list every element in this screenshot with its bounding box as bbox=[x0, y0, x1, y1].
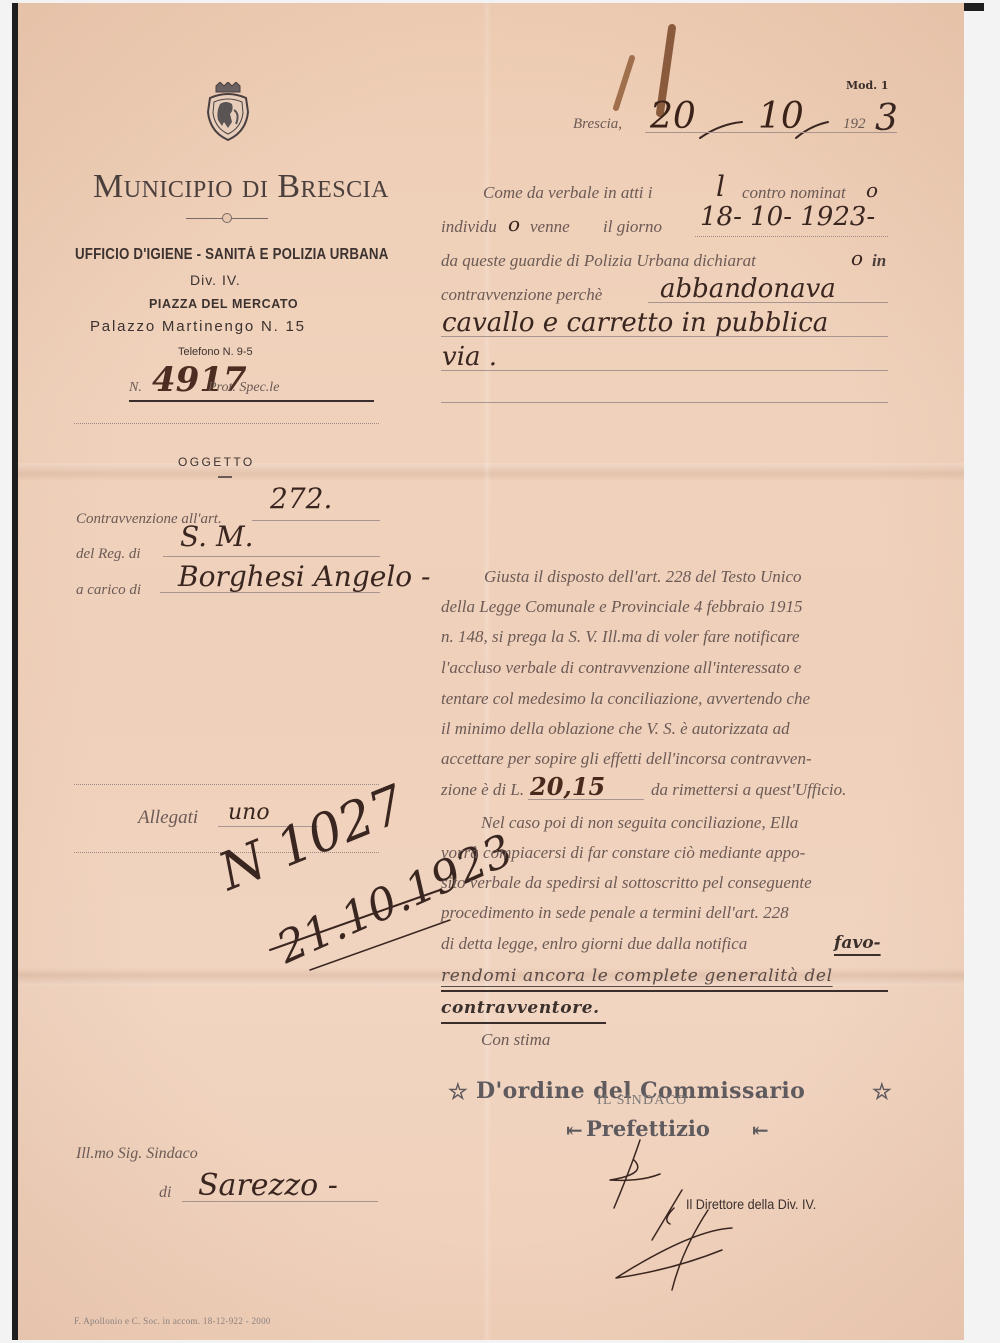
emphasis-underline-2 bbox=[441, 1022, 606, 1024]
instructions-line-4: l'accluso verbale di contravvenzione all… bbox=[441, 658, 801, 678]
emphasis-underline-1 bbox=[441, 990, 888, 992]
section-divider bbox=[74, 423, 379, 424]
regulation-line bbox=[163, 556, 380, 557]
regulation-value: S. M. bbox=[180, 520, 254, 553]
verbale-line-1b: contro nominat bbox=[742, 183, 846, 203]
stamp-arrow-right-icon: ⇤ bbox=[752, 1118, 769, 1142]
offense-reason-line-3: via . bbox=[442, 342, 497, 372]
instructions-line-8b: da rimettersi a quest'Ufficio. bbox=[651, 780, 846, 800]
registry-underline-stroke bbox=[270, 890, 450, 970]
instructions-line-5: tentare col medesimo la conciliazione, a… bbox=[441, 689, 810, 709]
crowned-lion-shield-icon bbox=[202, 82, 254, 142]
attachments-value: uno bbox=[228, 800, 270, 825]
protocol-prefix: N. bbox=[129, 380, 142, 396]
instructions-p2-line-5a: di detta legge, enlro giorni due dalla n… bbox=[441, 934, 747, 954]
subject-heading: OGGETTO bbox=[178, 455, 255, 469]
printed-sindaco-label: IL SINDACO bbox=[597, 1093, 687, 1109]
stamp-star-left-icon: ☆ bbox=[448, 1079, 468, 1105]
date-day: 20 bbox=[650, 96, 696, 137]
instructions-p2-line-2: vorrà compiacersi di far constare ciò me… bbox=[441, 843, 805, 863]
protocol-label: Prot. Spec.le bbox=[208, 380, 279, 396]
offense-reason-line-1: abbandonava bbox=[660, 274, 836, 304]
addressee-town-label: di bbox=[159, 1184, 171, 1202]
instructions-p2-line-1: Nel caso poi di non seguita conciliazion… bbox=[481, 813, 798, 833]
instructions-line-8a: zione è di L. bbox=[441, 780, 524, 800]
article-line bbox=[252, 520, 380, 521]
verbale-line-1-hand2: o bbox=[866, 178, 878, 202]
verbale-line-3-hand: o bbox=[851, 246, 863, 270]
address-square: PIAZZA DEL MERCATO bbox=[149, 297, 298, 311]
director-signature bbox=[612, 1190, 742, 1290]
printer-imprint: F. Apollonio e C. Soc. in accom. 18-12-9… bbox=[74, 1316, 271, 1326]
offense-reason-line-2: cavallo e carretto in pubblica bbox=[442, 308, 828, 338]
instructions-p2-line-3: sito verbale da spedirsi al sottoscritto… bbox=[441, 873, 812, 893]
subject-heading-dash bbox=[218, 476, 232, 478]
charged-person-name: Borghesi Angelo - bbox=[178, 560, 431, 593]
attachments-label: Allegati bbox=[138, 807, 198, 829]
stamp-arrow-left-icon: ⇤ bbox=[566, 1118, 583, 1142]
instructions-line-3: n. 148, si prega la S. V. Ill.ma di vole… bbox=[441, 627, 800, 647]
dateline-place: Brescia, bbox=[573, 116, 622, 133]
article-value: 272. bbox=[270, 482, 332, 515]
paper-fold-upper bbox=[18, 463, 964, 481]
verbale-line-2-hand: o bbox=[508, 212, 520, 236]
reason-line-2 bbox=[441, 336, 888, 337]
instructions-line-6: il minimo della oblazione che V. S. è au… bbox=[441, 719, 790, 739]
instructions-p2-line-6: rendomi ancora le complete generalità de… bbox=[441, 966, 833, 986]
charged-label: a carico di bbox=[76, 582, 141, 599]
instructions-p2-line-5b: favo- bbox=[834, 933, 881, 953]
addressee-salutation: Ill.mo Sig. Sindaco bbox=[76, 1145, 198, 1163]
reason-line-1 bbox=[648, 302, 888, 303]
phone-number: Telefono N. 9-5 bbox=[178, 346, 253, 358]
verbale-line-2a: individu bbox=[441, 217, 497, 237]
regulation-label: del Reg. di bbox=[76, 546, 141, 563]
verbale-line-3a: da queste guardie di Polizia Urbana dich… bbox=[441, 251, 756, 271]
closing: Con stima bbox=[481, 1030, 550, 1050]
verbale-line-2c: il giorno bbox=[603, 217, 662, 237]
verbale-line-1-hand: l bbox=[716, 170, 725, 203]
verbale-line-4a: contravvenzione perchè bbox=[441, 285, 602, 305]
title-ornament-dot bbox=[222, 213, 232, 223]
reason-line-3 bbox=[441, 370, 888, 371]
protocol-underline bbox=[129, 400, 374, 402]
instructions-p2-line-4: procedimento in sede penale a termini de… bbox=[441, 903, 789, 923]
verbale-line-1a: Come da verbale in atti i bbox=[483, 183, 653, 203]
fine-amount-line bbox=[528, 799, 644, 800]
reason-line-4 bbox=[441, 402, 888, 403]
instructions-line-7: accettare per sopire gli effetti dell'in… bbox=[441, 749, 812, 769]
addressee-town-line bbox=[182, 1201, 378, 1202]
date-separator-strokes bbox=[700, 112, 830, 142]
instructions-p2-line-7: contravventore. bbox=[441, 998, 600, 1018]
verbale-line-2b: venne bbox=[530, 217, 570, 237]
charged-line bbox=[160, 592, 380, 593]
offense-date-line bbox=[695, 236, 888, 237]
instructions-line-1: Giusta il disposto dell'art. 228 del Tes… bbox=[484, 567, 802, 587]
form-code: Mod. 1 bbox=[846, 79, 889, 92]
verbale-line-3b: in bbox=[872, 251, 886, 271]
office-name: UFFICIO D'IGIENE - SANITÀ E POLIZIA URBA… bbox=[75, 246, 389, 264]
municipality-title: Municipio di Brescia bbox=[93, 168, 389, 206]
date-year-prefix: 192 bbox=[843, 116, 866, 133]
instructions-line-2: della Legge Comunale e Provinciale 4 feb… bbox=[441, 597, 803, 617]
stamp-star-right-icon: ☆ bbox=[872, 1079, 892, 1105]
division-label: Div. IV. bbox=[190, 272, 241, 288]
fine-amount: 20,15 bbox=[530, 772, 605, 801]
stamp-line-2: Prefettizio bbox=[586, 1116, 710, 1141]
address-building: Palazzo Martinengo N. 15 bbox=[90, 318, 306, 335]
dateline-rule bbox=[645, 132, 897, 133]
addressee-town-value: Sarezzo - bbox=[198, 1168, 338, 1203]
attachments-top-divider bbox=[74, 784, 379, 785]
offense-date: 18- 10- 1923- bbox=[700, 202, 875, 232]
